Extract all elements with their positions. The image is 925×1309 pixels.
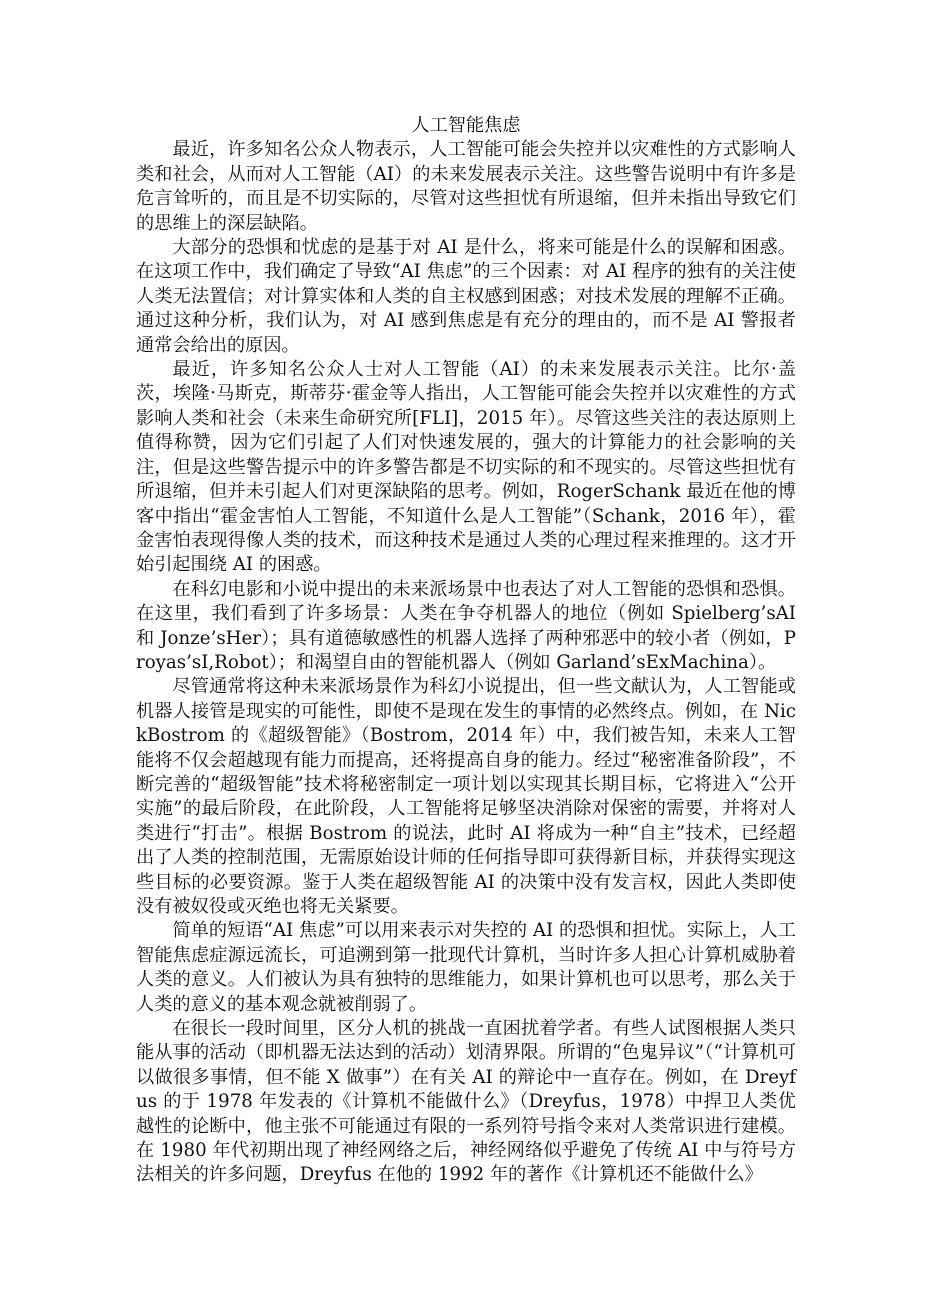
paragraph-4: 在科幻电影和小说中提出的未来派场景中也表达了对人工智能的恐惧和恐惧。在这里，我们… [136, 578, 796, 676]
paragraph-5: 尽管通常将这种未来派场景作为科幻小说提出，但一些文献认为，人工智能或机器人接管是… [136, 675, 796, 919]
document-page: 人工智能焦虑 最近，许多知名公众人物表示，人工智能可能会失控并以灾难性的方式影响… [136, 114, 796, 1188]
paragraph-7: 在很长一段时间里，区分人机的挑战一直困扰着学者。有些人试图根据人类只能从事的活动… [136, 1017, 796, 1188]
paragraph-1: 最近，许多知名公众人物表示，人工智能可能会失控并以灾难性的方式影响人类和社会，从… [136, 138, 796, 236]
paragraph-2: 大部分的恐惧和忧虑的是基于对 AI 是什么，将来可能是什么的误解和困惑。在这项工… [136, 236, 796, 358]
paragraph-6: 简单的短语“AI 焦虑”可以用来表示对失控的 AI 的恐惧和担忧。实际上，人工智… [136, 919, 796, 1017]
paragraph-3: 最近，许多知名公众人士对人工智能（AI）的未来发展表示关注。比尔·盖茨，埃隆·马… [136, 358, 796, 578]
document-title: 人工智能焦虑 [136, 114, 796, 138]
